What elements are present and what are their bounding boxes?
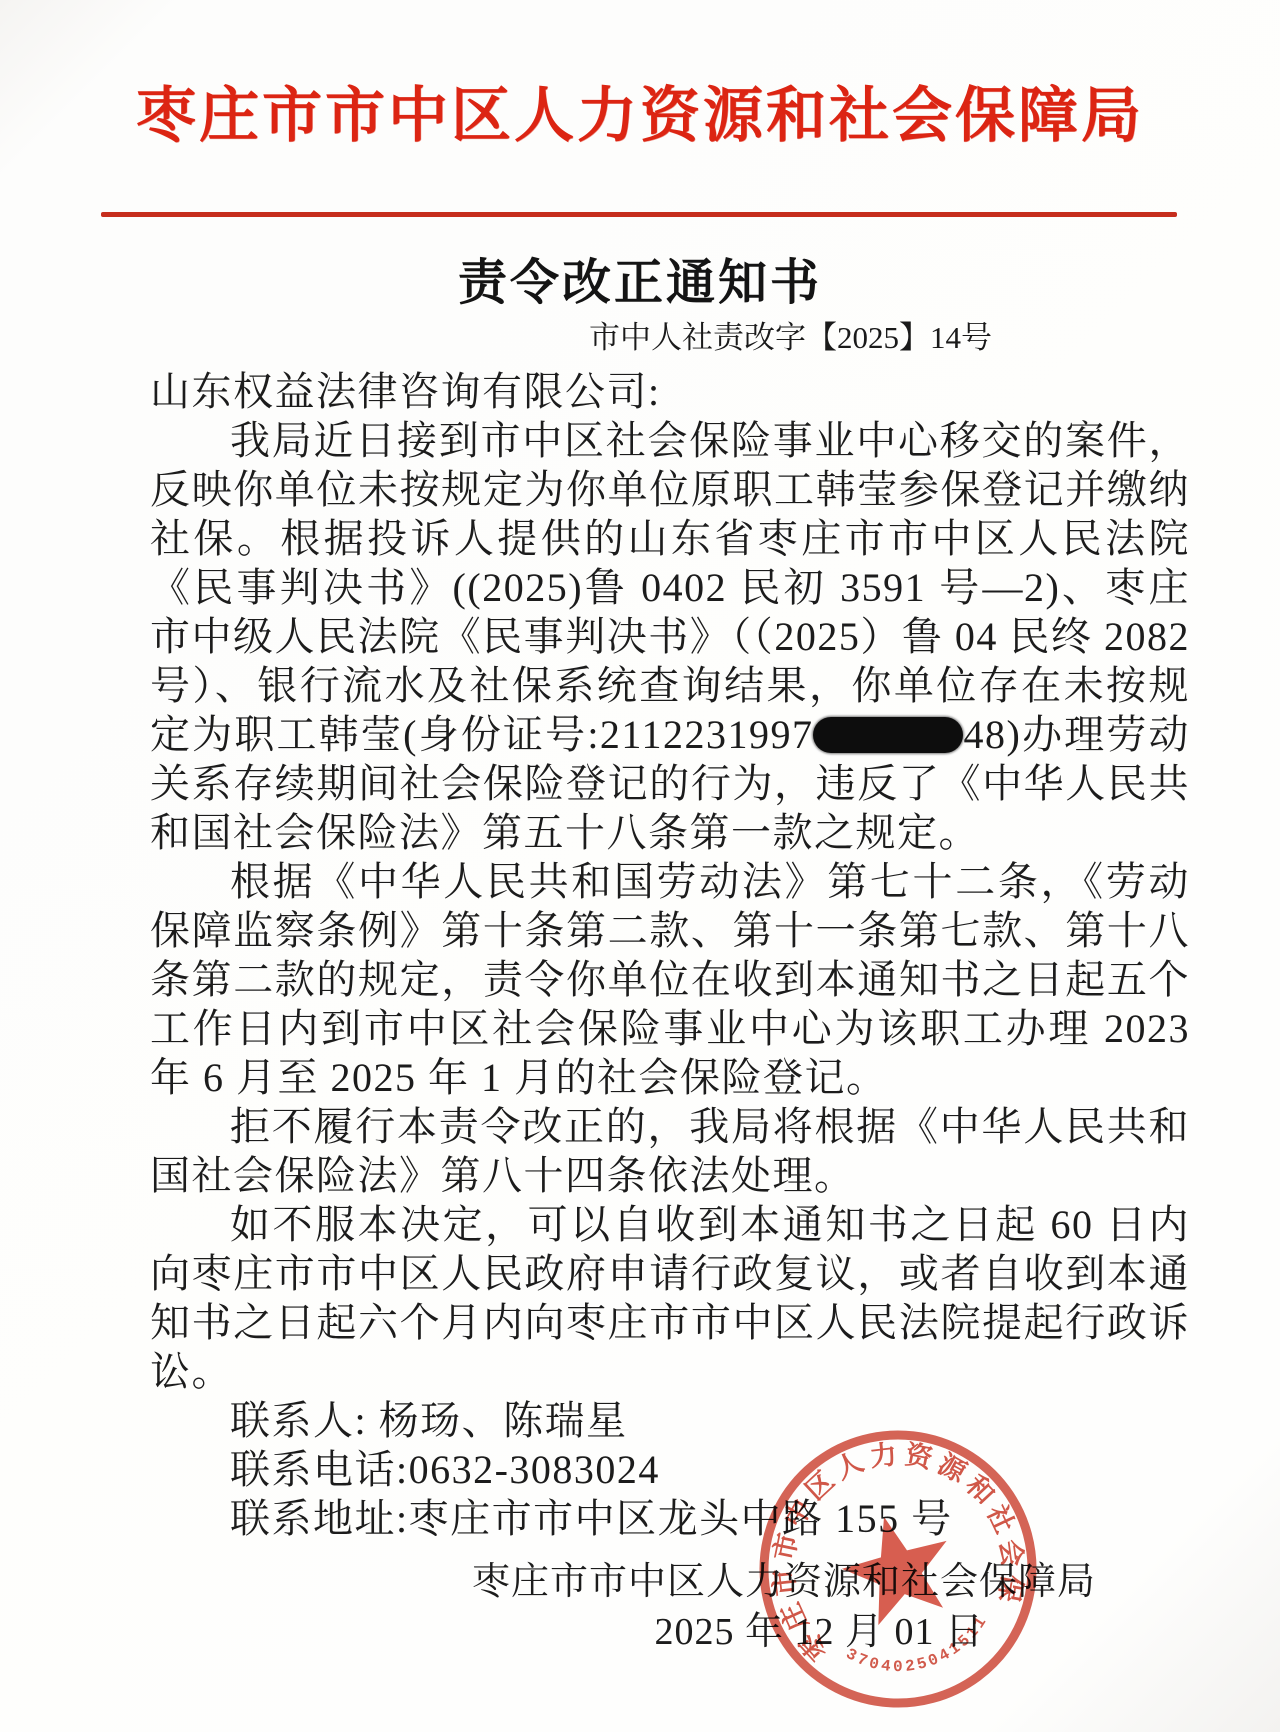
- paragraph-order: 根据《中华人民共和国劳动法》第七十二条，《劳动保障监察条例》第十条第二款、第十一…: [150, 857, 1190, 1102]
- paragraph-facts-before-redaction: 我局近日接到市中区社会保险事业中心移交的案件，反映你单位未按规定为你单位原职工韩…: [150, 418, 1190, 757]
- red-divider: [101, 212, 1177, 217]
- document-body: 山东权益法律咨询有限公司: 我局近日接到市中区社会保险事业中心移交的案件，反映你…: [150, 367, 1190, 1543]
- issue-date: 2025 年 12 月 01 日: [0, 1607, 1280, 1657]
- id-number-redaction-box: [813, 717, 963, 753]
- issuer-signature: 枣庄市市中区人力资源和社会保障局: [0, 1557, 1280, 1607]
- paragraph-appeal-rights: 如不服本决定，可以自收到本通知书之日起 60 日内向枣庄市市中区人民政府申请行政…: [150, 1200, 1190, 1396]
- seal-star-icon: [832, 1503, 963, 1631]
- notice-document-page: 枣庄市市中区人力资源和社会保障局 责令改正通知书 市中人社责改字【2025】14…: [0, 0, 1280, 1732]
- agency-header: 枣庄市市中区人力资源和社会保障局: [40, 70, 1240, 162]
- paragraph-facts: 我局近日接到市中区社会保险事业中心移交的案件，反映你单位未按规定为你单位原职工韩…: [150, 416, 1190, 857]
- paragraph-penalty: 拒不履行本责令改正的，我局将根据《中华人民共和国社会保险法》第八十四条依法处理。: [150, 1102, 1190, 1200]
- official-seal: 枣庄市市中区人力资源和社会保障局 3704025041511: [753, 1424, 1043, 1714]
- document-number: 市中人社责改字【2025】14号: [0, 315, 1280, 361]
- document-title: 责令改正通知书: [0, 255, 1280, 311]
- addressee-line: 山东权益法律咨询有限公司:: [150, 367, 1190, 416]
